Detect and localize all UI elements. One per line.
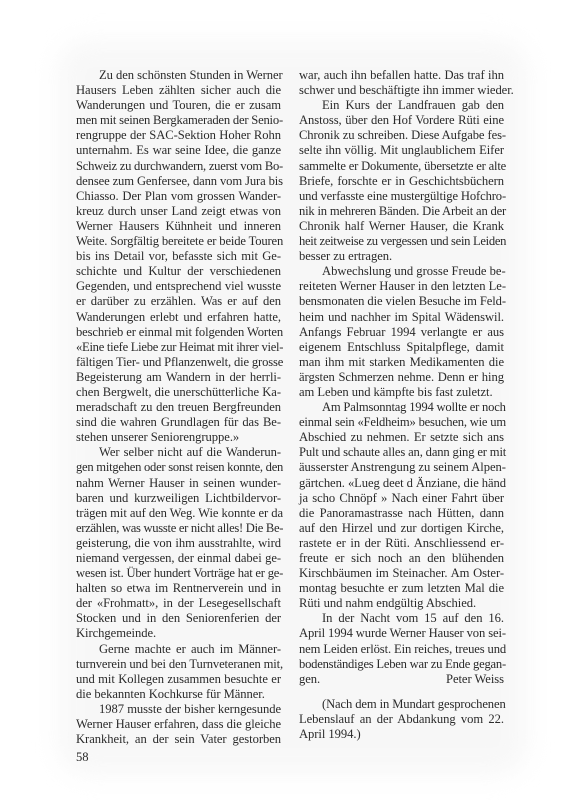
signoff-line: gen. Peter Weiss xyxy=(299,672,504,687)
source-note: (Nach dem in Mundart gesprochenenLebensl… xyxy=(299,697,504,742)
text-line: bensmonaten die vielen Besuche im Feld- xyxy=(299,294,504,309)
text-line: Chronik half Werner Hauser, die Krank xyxy=(299,219,504,234)
text-line: Begeisterung am Wandern in der herrli- xyxy=(76,370,281,385)
signoff-text: gen. xyxy=(299,672,320,687)
right-column: war, auch ihn befallen hatte. Das traf i… xyxy=(299,68,504,742)
text-line: densee zum Genfersee, dann vom Jura bis xyxy=(76,174,281,189)
text-line: am Leben und kämpfte bis fast zuletzt. xyxy=(299,385,504,400)
text-line: heit zeitweise zu vergessen und sein Lei… xyxy=(299,234,504,249)
text-line: Lebenslauf an der Abdankung vom 22. xyxy=(299,712,504,727)
text-line: war, auch ihn befallen hatte. Das traf i… xyxy=(299,68,504,83)
text-line: einmal sein «Feldheim» besuchen, wie um xyxy=(299,415,504,430)
text-line: äusserster Anstrengung zu seinem Alpen- xyxy=(299,460,504,475)
text-line: gärtchen. «Lueg deet d Änziane, die händ xyxy=(299,476,504,491)
text-line: baren und kurzweiligen Lichtbildervor- xyxy=(76,491,281,506)
text-line: er darüber zu erzählen. Was er auf den xyxy=(76,294,281,309)
text-line: rastete er in der Rüti. Anschliessend er… xyxy=(299,536,504,551)
text-line: Gegenden, und entsprechend viel wusste xyxy=(76,279,281,294)
text-line: April 1994.) xyxy=(299,727,504,742)
text-line: kreuz durch unser Land zeigt etwas von xyxy=(76,204,281,219)
text-line: ärgsten Schmerzen nehme. Denn er hing xyxy=(299,370,504,385)
text-line: 1987 musste der bisher kerngesunde xyxy=(76,702,281,717)
text-line: die bekannten Kochkurse für Männer. xyxy=(76,687,281,702)
text-line: nik in mehreren Bänden. Die Arbeit an de… xyxy=(299,204,504,219)
text-line: besser zu ertragen. xyxy=(299,249,504,264)
text-line: Hausers Leben zählten sicher auch die xyxy=(76,83,281,98)
text-line: Anstoss, über den Hof Vordere Rüti eine xyxy=(299,113,504,128)
left-column: Zu den schönsten Stunden in WernerHauser… xyxy=(76,68,281,747)
text-line: nahm Werner Hauser in seinen wunder- xyxy=(76,476,281,491)
text-line: Kirchgemeinde. xyxy=(76,626,281,641)
text-line: ja scho Chnöpf » Nach einer Fahrt über xyxy=(299,491,504,506)
text-line: bis ins Detail vor, befasste sich mit Ge… xyxy=(76,249,281,264)
text-line: die Panoramastrasse nach Hütten, dann xyxy=(299,506,504,521)
text-line: Abwechslung und grosse Freude be- xyxy=(299,264,504,279)
text-line: Wer selber nicht auf die Wanderun- xyxy=(76,445,281,460)
text-line: bodenständiges Leben war zu Ende gegan- xyxy=(299,657,504,672)
text-line: beschrieb er einmal mit folgenden Worten xyxy=(76,325,281,340)
text-line: halten so etwa im Rentnerverein und in xyxy=(76,581,281,596)
text-line: rengruppe der SAC-Sektion Hoher Rohn xyxy=(76,128,281,143)
text-line: erzählen, was wusste er nicht alles! Die… xyxy=(76,521,281,536)
text-line: Schweiz zu durchwandern, zuerst vom Bo- xyxy=(76,159,281,174)
text-line: fältigen Tier- und Pflanzenwelt, die gro… xyxy=(76,355,281,370)
text-line: Chronik zu schreiben. Diese Aufgabe fes- xyxy=(299,128,504,143)
text-line: Werner Hauser erfahren, dass die gleiche xyxy=(76,717,281,732)
text-line: Wanderungen erlebt und erfahren hatte, xyxy=(76,310,281,325)
text-line: «Eine tiefe Liebe zur Heimat mit ihrer v… xyxy=(76,340,281,355)
text-line: men mit seinen Bergkameraden der Senio- xyxy=(76,113,281,128)
text-line: montag besuchte er zum letzten Mal die xyxy=(299,581,504,596)
text-line: sammelte er Dokumente, übersetzte er alt… xyxy=(299,159,504,174)
text-line: schwer und beschäftigte ihn immer wieder… xyxy=(299,83,504,98)
text-line: meradschaft zu den treuen Bergfreunden xyxy=(76,400,281,415)
text-line: eigenem Entschluss Spitalpflege, damit xyxy=(299,340,504,355)
text-line: reiteten Werner Hauser in den letzten Le… xyxy=(299,279,504,294)
text-line: wesen ist. Über hundert Vorträge hat er … xyxy=(76,566,281,581)
text-line: niemand vergessen, der einmal dabei ge- xyxy=(76,551,281,566)
text-line: geisterung, die von ihm ausstrahlte, wir… xyxy=(76,536,281,551)
text-line: Ein Kurs der Landfrauen gab den xyxy=(299,98,504,113)
page-number: 58 xyxy=(76,750,89,765)
text-line: Am Palmsonntag 1994 wollte er noch xyxy=(299,400,504,415)
text-line: selte ihn völlig. Mit unglaublichem Eife… xyxy=(299,143,504,158)
text-line: Abschied zu nehmen. Er setzte sich ans xyxy=(299,430,504,445)
text-line: Werner Hausers Kühnheit und inneren xyxy=(76,219,281,234)
text-line: schichte und Kultur der verschiedenen xyxy=(76,264,281,279)
text-line: Kirschbäumen im Steinacher. Am Oster- xyxy=(299,566,504,581)
text-line: chen Bergwelt, die unerschütterliche Ka- xyxy=(76,385,281,400)
text-line: der «Frohmatt», in der Lesegesellschaft xyxy=(76,596,281,611)
text-line: Wanderungen und Touren, die er zusam xyxy=(76,98,281,113)
author-name: Peter Weiss xyxy=(446,672,504,687)
text-line: In der Nacht vom 15 auf den 16. xyxy=(299,611,504,626)
text-line: trägen mit auf den Weg. Wie konnte er da xyxy=(76,506,281,521)
text-line: turnverein und bei den Turnveteranen mit… xyxy=(76,657,281,672)
text-line: sind die wahren Grundlagen für das Be- xyxy=(76,415,281,430)
text-line: Krankheit, an der sein Vater gestorben xyxy=(76,732,281,747)
text-line: stehen unserer Seniorengruppe.» xyxy=(76,430,281,445)
text-line: Briefe, forschte er in Geschichtsbüchern xyxy=(299,174,504,189)
text-line: freute er sich noch an den blühenden xyxy=(299,551,504,566)
text-line: man ihm mit starken Medikamenten die xyxy=(299,355,504,370)
text-line: Stocken und in den Seniorenferien der xyxy=(76,611,281,626)
text-line: und verfasste eine mustergültige Hofchro… xyxy=(299,189,504,204)
text-line: Gerne machte er auch im Männer- xyxy=(76,642,281,657)
text-line: (Nach dem in Mundart gesprochenen xyxy=(299,697,504,712)
text-line: Zu den schönsten Stunden in Werner xyxy=(76,68,281,83)
text-line: Chiasso. Der Plan vom grossen Wander- xyxy=(76,189,281,204)
text-line: auf den Hirzel und zur dortigen Kirche, xyxy=(299,521,504,536)
text-line: Pult und schaute alles an, dann ging er … xyxy=(299,445,504,460)
text-line: Anfangs Februar 1994 verlangte er aus xyxy=(299,325,504,340)
text-line: April 1994 wurde Werner Hauser von sei- xyxy=(299,626,504,641)
text-line: heim und nachher im Spital Wädenswil. xyxy=(299,310,504,325)
text-line: gen mitgehen oder sonst reisen konnte, d… xyxy=(76,460,281,475)
text-line: Weite. Sorgfältig bereitete er beide Tou… xyxy=(76,234,281,249)
text-line: unternahm. Es war seine Idee, die ganze xyxy=(76,143,281,158)
text-line: und mit Kollegen zusammen besuchte er xyxy=(76,672,281,687)
text-line: Rüti und nahm endgültig Abschied. xyxy=(299,596,504,611)
text-line: nem Leiden erlöst. Ein reiches, treues u… xyxy=(299,642,504,657)
